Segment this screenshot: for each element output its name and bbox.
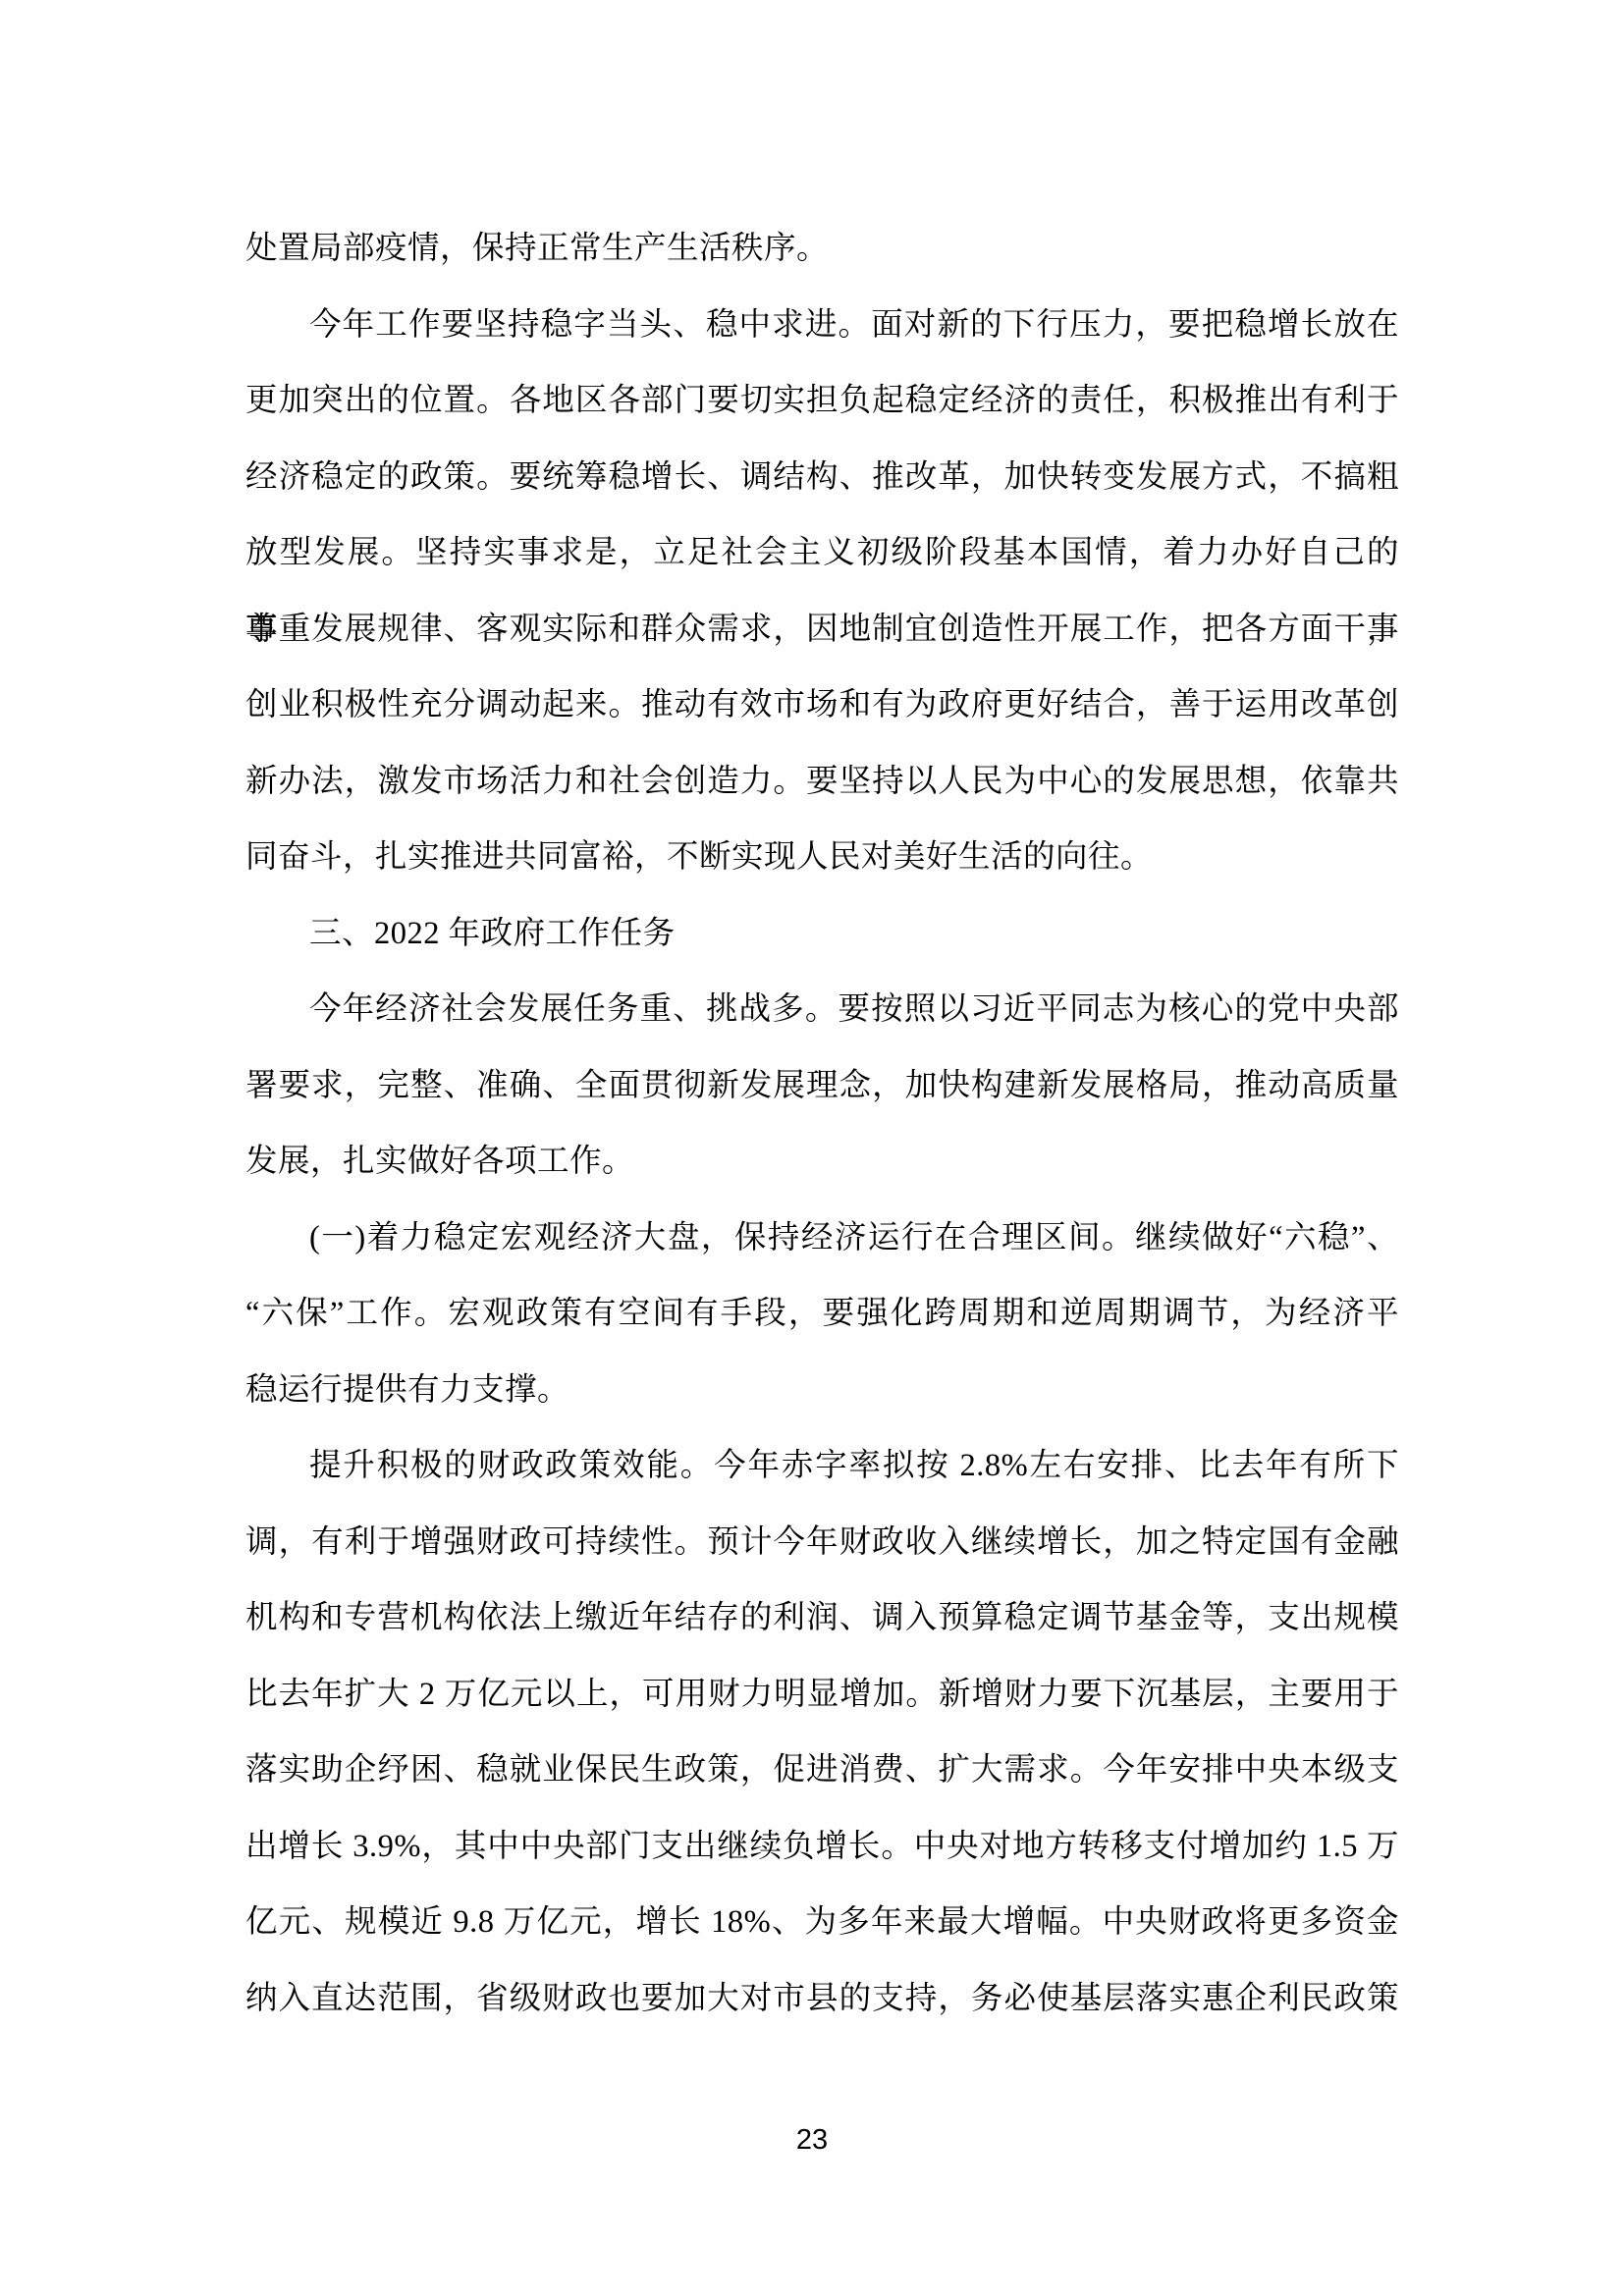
text-line: 稳运行提供有力支撑。: [245, 1353, 1399, 1429]
text-line: 处置局部疫情，保持正常生产生活秩序。: [245, 211, 1399, 288]
text-line: 放型发展。坚持实事求是，立足社会主义初级阶段基本国情，着力办好自己的事，: [245, 515, 1399, 592]
text-line: 提升积极的财政政策效能。今年赤字率拟按 2.8%左右安排、比去年有所下: [245, 1428, 1399, 1505]
text-line: 三、2022 年政府工作任务: [245, 896, 1399, 973]
text-line: 更加突出的位置。各地区各部门要切实担负起稳定经济的责任，积极推出有利于: [245, 363, 1399, 440]
text-line: 创业积极性充分调动起来。推动有效市场和有为政府更好结合，善于运用改革创: [245, 667, 1399, 744]
text-line: 机构和专营机构依法上缴近年结存的利润、调入预算稳定调节基金等，支出规模: [245, 1580, 1399, 1657]
text-line: 今年经济社会发展任务重、挑战多。要按照以习近平同志为核心的党中央部: [245, 972, 1399, 1048]
text-line: 同奋斗，扎实推进共同富裕，不断实现人民对美好生活的向往。: [245, 820, 1399, 896]
text-line: 新办法，激发市场活力和社会创造力。要坚持以人民为中心的发展思想，依靠共: [245, 744, 1399, 821]
document-page: 处置局部疫情，保持正常生产生活秩序。今年工作要坚持稳字当头、稳中求进。面对新的下…: [0, 0, 1624, 2296]
text-line: 亿元、规模近 9.8 万亿元，增长 18%、为多年来最大增幅。中央财政将更多资金: [245, 1885, 1399, 1961]
text-line: 经济稳定的政策。要统筹稳增长、调结构、推改革，加快转变发展方式，不搞粗: [245, 440, 1399, 516]
text-line: 今年工作要坚持稳字当头、稳中求进。面对新的下行压力，要把稳增长放在: [245, 288, 1399, 364]
text-line: 调，有利于增强财政可持续性。预计今年财政收入继续增长，加之特定国有金融: [245, 1505, 1399, 1581]
page-number: 23: [0, 2122, 1624, 2158]
text-line: 出增长 3.9%，其中中央部门支出继续负增长。中央对地方转移支付增加约 1.5 …: [245, 1809, 1399, 1886]
text-line: 署要求，完整、准确、全面贯彻新发展理念，加快构建新发展格局，推动高质量: [245, 1048, 1399, 1125]
text-line: “六保”工作。宏观政策有空间有手段，要强化跨周期和逆周期调节，为经济平: [245, 1276, 1399, 1353]
text-line: (一)着力稳定宏观经济大盘，保持经济运行在合理区间。继续做好“六稳”、: [245, 1201, 1399, 1277]
text-line: 落实助企纾困、稳就业保民生政策，促进消费、扩大需求。今年安排中央本级支: [245, 1733, 1399, 1809]
text-line: 尊重发展规律、客观实际和群众需求，因地制宜创造性开展工作，把各方面干事: [245, 592, 1399, 668]
text-content: 处置局部疫情，保持正常生产生活秩序。今年工作要坚持稳字当头、稳中求进。面对新的下…: [245, 211, 1399, 2037]
text-line: 纳入直达范围，省级财政也要加大对市县的支持，务必使基层落实惠企利民政策: [245, 1961, 1399, 2038]
text-line: 比去年扩大 2 万亿元以上，可用财力明显增加。新增财力要下沉基层，主要用于: [245, 1657, 1399, 1734]
text-line: 发展，扎实做好各项工作。: [245, 1124, 1399, 1201]
